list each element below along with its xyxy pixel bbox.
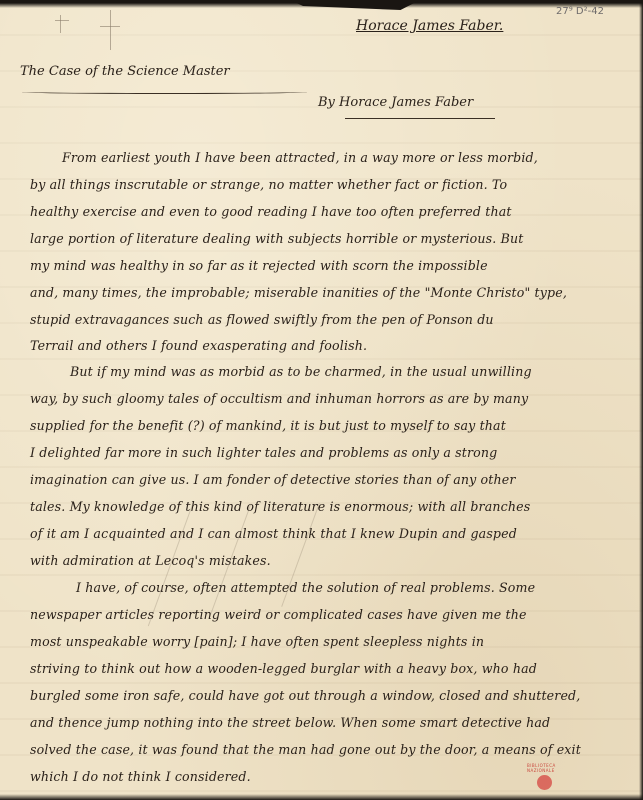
stamp-seal-icon: [537, 775, 552, 790]
text-line: newspaper articles reporting weird or co…: [30, 607, 527, 622]
text-line: From earliest youth I have been attracte…: [62, 150, 538, 165]
text-line: tales. My knowledge of this kind of lite…: [30, 499, 530, 514]
text-line: I delighted far more in such lighter tal…: [30, 445, 497, 460]
text-line: of it am I acquainted and I can almost t…: [30, 526, 517, 541]
pencil-mark: [100, 26, 120, 27]
manuscript-page: 27⁹ D²-42 Horace James Faber. The Case o…: [0, 0, 643, 800]
text-line: stupid extravagances such as flowed swif…: [30, 312, 494, 327]
library-stamp: BIBLIOTECA NAZIONALE: [527, 763, 563, 793]
text-line: Terrail and others I found exasperating …: [30, 338, 367, 353]
text-line: which I do not think I considered.: [30, 769, 251, 784]
text-line: But if my mind was as morbid as to be ch…: [70, 364, 532, 379]
bottom-edge-shadow: [0, 794, 643, 800]
pencil-mark: [60, 15, 61, 33]
archive-reference: 27⁹ D²-42: [556, 6, 604, 17]
manuscript-title: The Case of the Science Master: [20, 64, 230, 79]
text-line: my mind was healthy in so far as it reje…: [30, 258, 488, 273]
author-signature: Horace James Faber.: [356, 18, 503, 34]
pencil-mark: [110, 10, 111, 50]
text-line: striving to think out how a wooden-legge…: [30, 661, 537, 676]
text-line: healthy exercise and even to good readin…: [30, 204, 512, 219]
title-underline: [22, 90, 307, 94]
text-line: way, by such gloomy tales of occultism a…: [30, 391, 528, 406]
byline-underline: [345, 118, 495, 119]
torn-notch: [290, 0, 420, 10]
text-line: large portion of literature dealing with…: [30, 231, 523, 246]
text-line: supplied for the benefit (?) of mankind,…: [30, 418, 506, 433]
text-line: I have, of course, often attempted the s…: [76, 580, 535, 595]
stamp-text: BIBLIOTECA NAZIONALE: [527, 763, 563, 773]
text-line: with admiration at Lecoq's mistakes.: [30, 553, 271, 568]
text-line: burgled some iron safe, could have got o…: [30, 688, 580, 703]
byline: By Horace James Faber: [318, 95, 473, 110]
text-line: most unspeakable worry [pain]; I have of…: [30, 634, 484, 649]
text-line: solved the case, it was found that the m…: [30, 742, 581, 757]
pencil-mark: [55, 20, 69, 21]
text-line: imagination can give us. I am fonder of …: [30, 472, 516, 487]
text-line: by all things inscrutable or strange, no…: [30, 177, 507, 192]
right-edge-shadow: [639, 0, 643, 800]
text-line: and thence jump nothing into the street …: [30, 715, 550, 730]
text-line: and, many times, the improbable; miserab…: [30, 285, 567, 300]
